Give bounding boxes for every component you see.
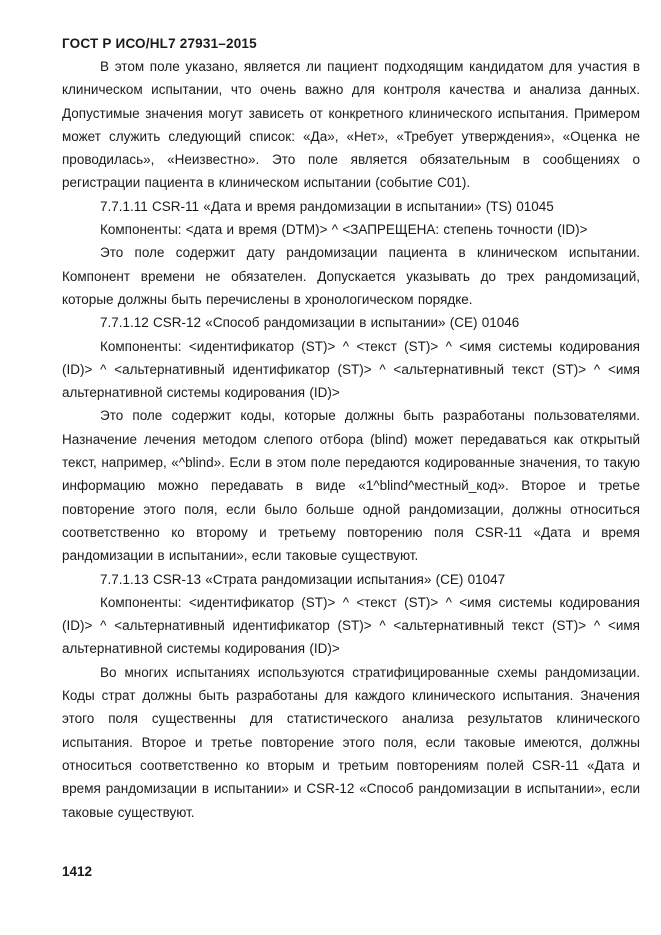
components-line-csr-13: Компоненты: <идентификатор (ST)> ^ <текс… [62,591,640,661]
paragraph-csr-11-description: Это поле содержит дату рандомизации паци… [62,241,640,311]
paragraph-csr-13-description: Во многих испытаниях используются страти… [62,661,640,824]
paragraph-csr-12-description: Это поле содержит коды, которые должны б… [62,404,640,567]
paragraph-field-description: В этом поле указано, является ли пациент… [62,55,640,195]
document-body: В этом поле указано, является ли пациент… [62,55,640,824]
clause-heading-csr-12: 7.7.1.12 CSR-12 «Способ рандомизации в и… [62,311,640,334]
components-line-csr-12: Компоненты: <идентификатор (ST)> ^ <текс… [62,335,640,405]
document-page: ГОСТ Р ИСО/HL7 27931–2015 В этом поле ук… [0,0,661,935]
page-number: 1412 [62,864,92,879]
document-header: ГОСТ Р ИСО/HL7 27931–2015 [62,36,257,51]
clause-heading-csr-13: 7.7.1.13 CSR-13 «Страта рандомизации исп… [62,568,640,591]
clause-heading-csr-11: 7.7.1.11 CSR-11 «Дата и время рандомизац… [62,195,640,218]
components-line-csr-11: Компоненты: <дата и время (DTM)> ^ <ЗАПР… [62,218,640,241]
